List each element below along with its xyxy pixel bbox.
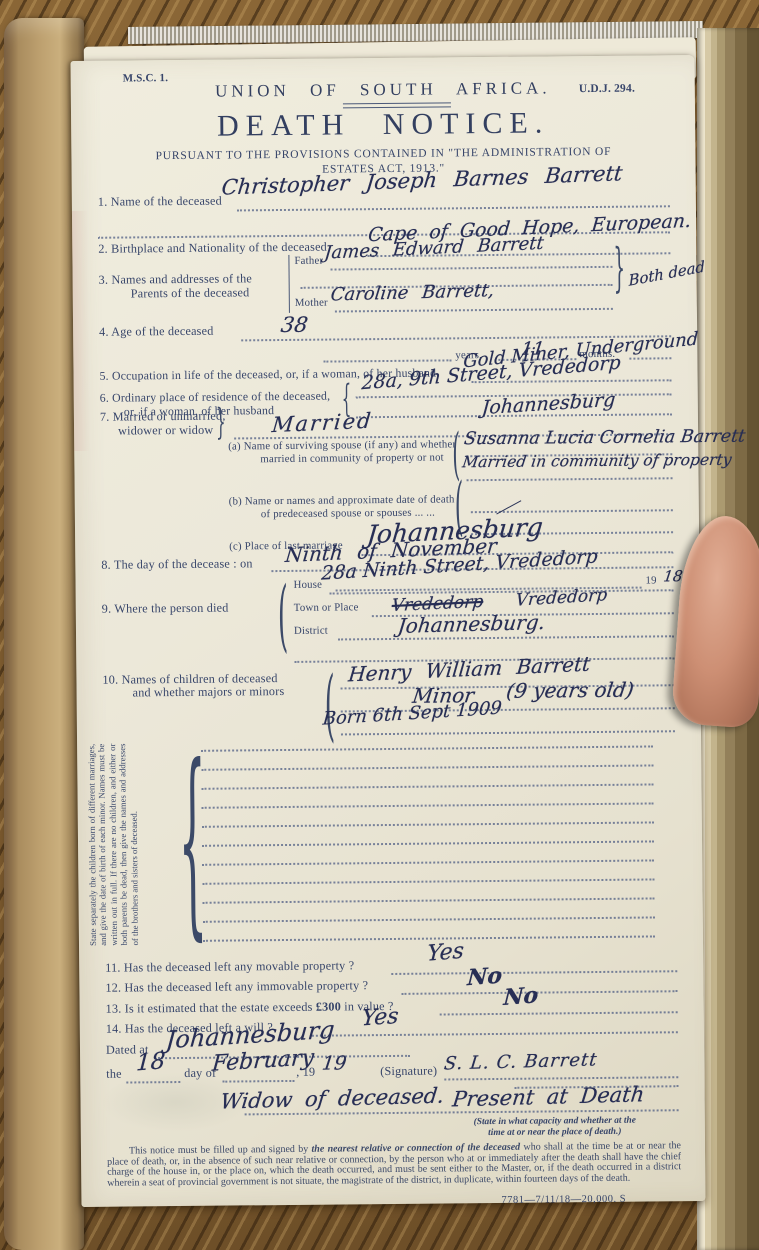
town-value: Vrededorp (515, 585, 608, 611)
death-notice-page: M.S.C. 1. UNION OF SOUTH AFRICA. U.D.J. … (71, 55, 706, 1207)
dotted-line (202, 802, 654, 808)
closing-brace-glyph: } (613, 245, 625, 297)
field12-label: 12. Has the deceased left any immovable … (105, 978, 368, 996)
page-title: DEATH NOTICE. (71, 105, 695, 145)
photo-of-death-notice: { "header": { "form_code_left": "M.S.C. … (0, 0, 759, 1250)
paper-edge-tint (72, 211, 90, 451)
will-answer-value: Yes (361, 1004, 400, 1031)
community-property-value: Married in community of property (461, 451, 733, 472)
dotted-line (202, 859, 654, 865)
closing-brace-glyph: } (216, 405, 226, 441)
signature-year-value: 19 (321, 1052, 348, 1074)
movable-property-value: Yes (426, 939, 464, 967)
estate-value-answer: No (503, 982, 539, 1011)
mother-label: Mother (295, 297, 328, 309)
field10-label-line2: and whether majors or minors (133, 684, 285, 700)
father-value: James Edward Barrett (323, 233, 544, 264)
age-years-value: 38 (279, 313, 309, 337)
field2-label: 2. Birthplace and Nationality of the dec… (98, 240, 327, 257)
field9-label: 9. Where the person died (102, 601, 229, 617)
dotted-line (440, 1011, 678, 1015)
house-label: House (293, 579, 322, 591)
margin-note-text: State separately the children born of di… (86, 743, 186, 946)
field3-label-line2: Parents of the deceased (131, 285, 250, 301)
dotted-line (201, 764, 653, 770)
dotted-line (338, 635, 674, 640)
signature-year-printed: , 19 (296, 1065, 315, 1080)
field13-amount: £300 (316, 999, 341, 1013)
field13-label-pre: 13. Is it estimated that the estate exce… (106, 1000, 316, 1016)
dotted-line (202, 821, 654, 827)
child-age-note: (9 years old) (505, 678, 635, 703)
fieldb-label-line1: (b) Name or names and approximate date o… (229, 493, 455, 507)
dotted-line (203, 897, 655, 903)
dotted-line (323, 359, 451, 362)
district-label: District (294, 625, 328, 637)
dotted-line (467, 477, 673, 481)
dotted-line (201, 783, 653, 789)
field1-label: 1. Name of the deceased (98, 194, 222, 210)
father-label: Father (294, 255, 323, 267)
dotted-line (341, 730, 675, 735)
fielda-label-line2: married in community of property or not (260, 451, 444, 465)
dotted-line (202, 840, 654, 846)
paren-divider-glyph: ( (277, 579, 288, 657)
capacity-hint-line2: time at or near the place of death.) (431, 1126, 679, 1138)
signature-label: (Signature) (380, 1064, 437, 1080)
capacity-left-value: Widow of deceased. (219, 1084, 445, 1114)
immovable-property-value: No (467, 962, 503, 991)
parents-dead-note: Both dead (628, 257, 705, 289)
spouse-name-value: Susanna Lucia Cornelia Barrett (463, 427, 747, 450)
marital-status-value: Married (271, 409, 374, 438)
dotted-line (237, 205, 670, 211)
margin-instruction-note: State separately the children born of di… (85, 744, 187, 945)
dotted-line (629, 357, 671, 359)
field3-divider-rule (288, 255, 290, 313)
field11-label: 11. Has the deceased left any movable pr… (105, 958, 354, 975)
footer-notice: This notice must be filled up and signed… (107, 1141, 681, 1189)
capacity-right-value: Present at Death (451, 1082, 645, 1111)
dotted-line (201, 745, 653, 751)
dotted-line (444, 1076, 678, 1080)
dotted-line (312, 1031, 678, 1037)
fielda-label-line1: (a) Name of surviving spouse (if any) an… (228, 438, 456, 452)
dotted-line (391, 970, 677, 975)
district-value: Johannesburg. (397, 610, 547, 638)
form-code-right: U.D.J. 294. (579, 83, 635, 96)
mother-value: Caroline Barrett, (330, 280, 496, 305)
dotted-line (222, 1080, 294, 1083)
field4-label: 4. Age of the deceased (99, 324, 214, 340)
field8-label: 8. The day of the decease : on (101, 556, 252, 572)
print-code: 7781—7/11/18—20,000. S (501, 1194, 626, 1206)
dotted-line (335, 308, 613, 313)
town-label: Town or Place (294, 601, 359, 614)
dotted-line (331, 266, 613, 271)
field13-label: 13. Is it estimated that the estate exce… (106, 999, 394, 1017)
the-label: the (106, 1067, 122, 1082)
dotted-line (202, 878, 654, 884)
year-prefix-printed: 19 (645, 574, 656, 586)
dotted-line (203, 916, 655, 922)
day-value: 18 (135, 1048, 166, 1077)
child-born-note: Born 6th Sept 1909 (322, 697, 503, 729)
field7-label-line2: widower or widow (118, 423, 213, 439)
dotted-line (401, 990, 677, 995)
signature-value: S. L. C. Barrett (443, 1049, 599, 1074)
